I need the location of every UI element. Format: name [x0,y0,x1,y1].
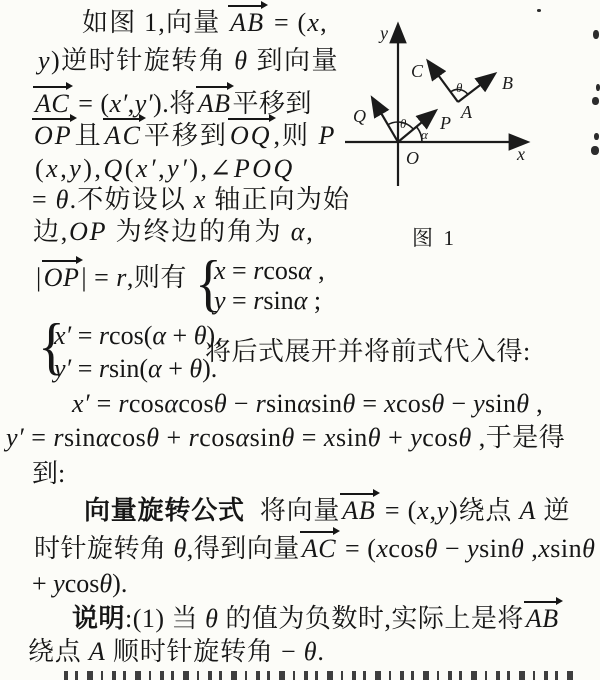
text-run: − [438,534,467,563]
text-run: :(1) 当 [125,604,205,633]
text-run: y [473,389,485,418]
text-run: r [253,286,263,315]
text-run: , [529,389,543,418]
text-run: α [235,423,249,452]
text-run: x [538,534,550,563]
vector-overarrow-AB: AB [340,496,377,526]
text-run: sin [311,389,342,418]
text-run: θ [425,534,438,563]
formula-line-3: + ycosθ). [32,569,127,599]
intro-line-4: OP且AC平移到OQ,则 P [32,121,336,151]
text-run: POQ [234,154,295,183]
text-run: y′ [54,354,71,383]
text-run: θ [304,637,318,666]
point-b-label: B [502,73,513,93]
text-run: = [24,423,53,452]
text-run: 将后式展开并将前式代入得: [205,337,531,366]
text-run: , [128,89,135,118]
text-run: , [127,263,134,292]
intro-line-7: 边,OP 为终边的角为 α, [33,217,315,247]
text-run: , [320,8,328,37]
equation-x: x′ = rcosαcosθ − rsinαsinθ = xcosθ − ysi… [72,389,543,419]
text-run: θ [56,185,70,214]
point-c-label: C [411,61,424,81]
text-run: ( [35,154,46,183]
text-run: y [437,496,449,525]
text-run: θ [189,354,202,383]
point-a-label: A [460,102,473,122]
text-run: sin [485,389,516,418]
text-run: θ [99,569,112,598]
text-run: 边, [33,217,69,246]
text-run: , [524,534,538,563]
text-run: x [384,389,396,418]
scan-speck-2 [596,84,600,91]
text-run: + [381,423,410,452]
text-run: = [226,286,254,315]
text-run: = ( [378,496,418,525]
alpha-label: α [421,127,429,142]
text-run: θ [511,534,524,563]
text-run: x [324,423,336,452]
text-run: θ [146,423,159,452]
text-run: sin [550,534,582,563]
text-run: , [429,496,436,525]
text-run: y [53,569,65,598]
text-run: cos [65,569,100,598]
vector-overarrow-AB: AB [524,604,561,634]
text-run: cos [178,389,214,418]
text-run: x [307,8,320,37]
vector-overarrow-AC: AC [300,534,338,564]
vector-overarrow-OP: OP [32,121,75,151]
text-run: + [166,321,194,350]
equation-y: y′ = rsinαcosθ + rcosαsinθ = xsinθ + yco… [6,423,565,453]
figure-caption: 图 1 [412,222,454,252]
text-run: θ [432,389,445,418]
point-q-label: Q [353,106,366,126]
intro-line-5: (x,y),Q(x′,y′),∠POQ [35,154,295,184]
text-run: cos( [109,321,152,350]
scan-speck-3 [592,97,599,105]
scan-speck-4 [594,133,599,140]
text-run: 绕点 [28,637,89,666]
text-run: ) [51,46,61,75]
text-run: 轴正向为始 [207,185,351,214]
text-run: α [298,256,312,285]
text-run: 平移到 [144,121,228,150]
text-run: = [356,389,385,418]
text-run: sin [479,534,511,563]
text-run: θ [205,604,218,633]
scan-speck-1 [593,30,599,39]
text-run: = [71,321,99,350]
text-run: 则 [282,121,319,150]
system2-row-1: x′ = rcos(α + θ), [54,321,222,351]
text-run: θ [342,389,355,418]
system1-prefix: |OP| = r,则有 [36,263,187,293]
intro-line-1: 如图 1,向量 AB = (x, [82,8,328,38]
text-run: α [164,389,178,418]
text-run: y′ [167,154,189,183]
text-run: θ [234,46,248,75]
text-run: x [214,256,226,285]
text-run: . [317,637,324,666]
text-run: sin [263,286,293,315]
text-run: 逆 [536,496,570,525]
text-run: r [99,354,109,383]
text-run: ; [307,286,321,315]
note-line-1: 说明:(1) 当 θ 的值为负数时,实际上是将AB [72,604,561,634]
text-run: 且 [75,121,103,150]
system2-note: 将后式展开并将前式代入得: [205,337,531,367]
text-run: r [53,423,64,452]
text-run: x′ [110,89,128,118]
theta-origin-label: θ [400,116,407,131]
cropped-text-line-remnant [64,671,576,680]
text-run: cos [396,389,432,418]
intro-line-2: y)逆时针旋转角 θ 到向量 [38,46,339,76]
text-run: cos [388,534,424,563]
text-run: Q [103,154,124,183]
text-run: , [60,154,69,183]
text-run: ,得到向量 [187,534,300,563]
text-run: cos [422,423,458,452]
text-run: α [96,423,110,452]
vector-overarrow-AB: AB [228,8,266,38]
formula-line-2: 时针旋转角 θ,得到向量AC = (xcosθ − ysinθ ,xsinθ [34,534,595,564]
text-run: r [256,389,266,418]
text-run: r [99,321,109,350]
text-run: y [410,423,422,452]
text-run: y′ [6,423,24,452]
text-run: ) [449,496,458,525]
text-run: + [159,423,188,452]
text-run: − [227,389,256,418]
text-run: cos [263,256,298,285]
text-run: sin [250,423,282,452]
text-run: , [472,423,486,452]
system2-row-2: y′ = rsin(α + θ). [54,354,217,384]
text-run: 到: [32,459,65,488]
text-run: θ [458,423,471,452]
text-run: 顺时针旋转角 − [106,637,304,666]
origin-label: O [406,148,419,168]
text-run: 将向量 [260,496,340,525]
text-run: + [162,354,190,383]
text-run: ),∠ [189,154,233,183]
system1-row-1: x = rcosα , [214,256,325,286]
text-run: 不妨设以 [77,185,194,214]
text-run: θ [281,423,294,452]
text-run: A [520,496,537,525]
text-run: , [306,217,314,246]
text-run: ). [153,89,169,118]
text-run: sin [64,423,96,452]
text-run: , [312,256,325,285]
x-axis-label: x [516,144,525,164]
text-run: 则有 [134,263,187,292]
text-run: 于是得 [486,423,566,452]
vector-ac [430,64,458,102]
text-run: y [214,286,226,315]
vector-overarrow-AC: AC [33,89,71,119]
text-run: cos [129,389,165,418]
text-run: y [38,46,51,75]
text-run: 如图 1,向量 [82,8,228,37]
vector-ab [458,76,492,102]
text-run: , [158,154,167,183]
text-run: α [148,354,162,383]
text-run: cos [110,423,146,452]
text-run: = ( [71,89,109,118]
vector-overarrow-OP: OP [42,263,82,293]
text-run: = ( [266,8,307,37]
text-run: ), [83,154,103,183]
text-run: P [319,121,337,150]
vector-overarrow-OQ: OQ [228,121,274,151]
text-run: cos [199,423,235,452]
text-run: sin [336,423,368,452]
scan-speck-5 [591,146,599,155]
scan-speck-0 [537,9,541,12]
point-p-label: P [439,113,451,133]
text-run: θ [582,534,595,563]
note-line-2: 绕点 A 顺时针旋转角 − θ. [28,637,325,667]
text-run: 到向量 [249,46,340,75]
text-run: α [297,389,311,418]
formula-line-1: 向量旋转公式将向量AB = (x,y)绕点 A 逆 [84,496,570,526]
text-run: θ [214,389,227,418]
system1-row-2: y = rsinα ; [214,286,321,316]
text-run: 逆时针旋转角 [61,46,234,75]
text-run: 的值为负数时,实际上是将 [218,604,524,633]
text-run: θ [516,389,529,418]
text-run: x [417,496,429,525]
text-run: = [226,256,254,285]
figure-1-diagram: y x O P Q A B C θ α θ [340,8,540,208]
text-run: | = [81,263,116,292]
scanned-textbook-page: 如图 1,向量 AB = (x,y)逆时针旋转角 θ 到向量AC = (x′,y… [0,0,600,680]
text-run: θ [368,423,381,452]
text-run: OP [69,217,107,246]
text-run: sin( [109,354,148,383]
text-run: = [32,185,56,214]
text-run: x [46,154,60,183]
text-run: − [445,389,474,418]
text-run: θ [174,534,187,563]
text-run: r [118,389,128,418]
text-run: A [89,637,106,666]
text-run: x′ [136,154,158,183]
text-run: , [274,121,283,150]
text-run: x′ [72,389,90,418]
text-run: + [32,569,53,598]
equation-cont: 到: [32,459,65,489]
text-run: 绕点 [459,496,520,525]
text-run: = [90,389,119,418]
text-run: y [69,154,83,183]
theta-a-label: θ [456,80,463,95]
text-run: α [294,286,308,315]
text-run: = ( [338,534,376,563]
text-run: x [194,185,207,214]
text-run: r [116,263,127,292]
y-axis-label: y [378,23,388,43]
text-run: = [295,423,324,452]
text-run: 时针旋转角 [34,534,174,563]
text-run: = [71,354,99,383]
text-run: ( [125,154,136,183]
text-run: y [467,534,479,563]
text-run: 向量旋转公式 [84,496,245,525]
text-run: 说明 [72,604,125,633]
text-run: 将 [169,89,196,118]
vector-overarrow-AC: AC [103,121,144,151]
text-run: α [152,321,166,350]
text-run: x′ [54,321,71,350]
vector-overarrow-AB: AB [196,89,233,119]
text-run: 为终边的角为 [107,217,290,246]
text-run: x [376,534,388,563]
intro-line-6: = θ.不妨设以 x 轴正向为始 [32,185,350,215]
text-run: r [189,423,200,452]
text-run: ). [112,569,127,598]
text-run: r [253,256,263,285]
text-run: α [291,217,306,246]
text-run: sin [266,389,297,418]
